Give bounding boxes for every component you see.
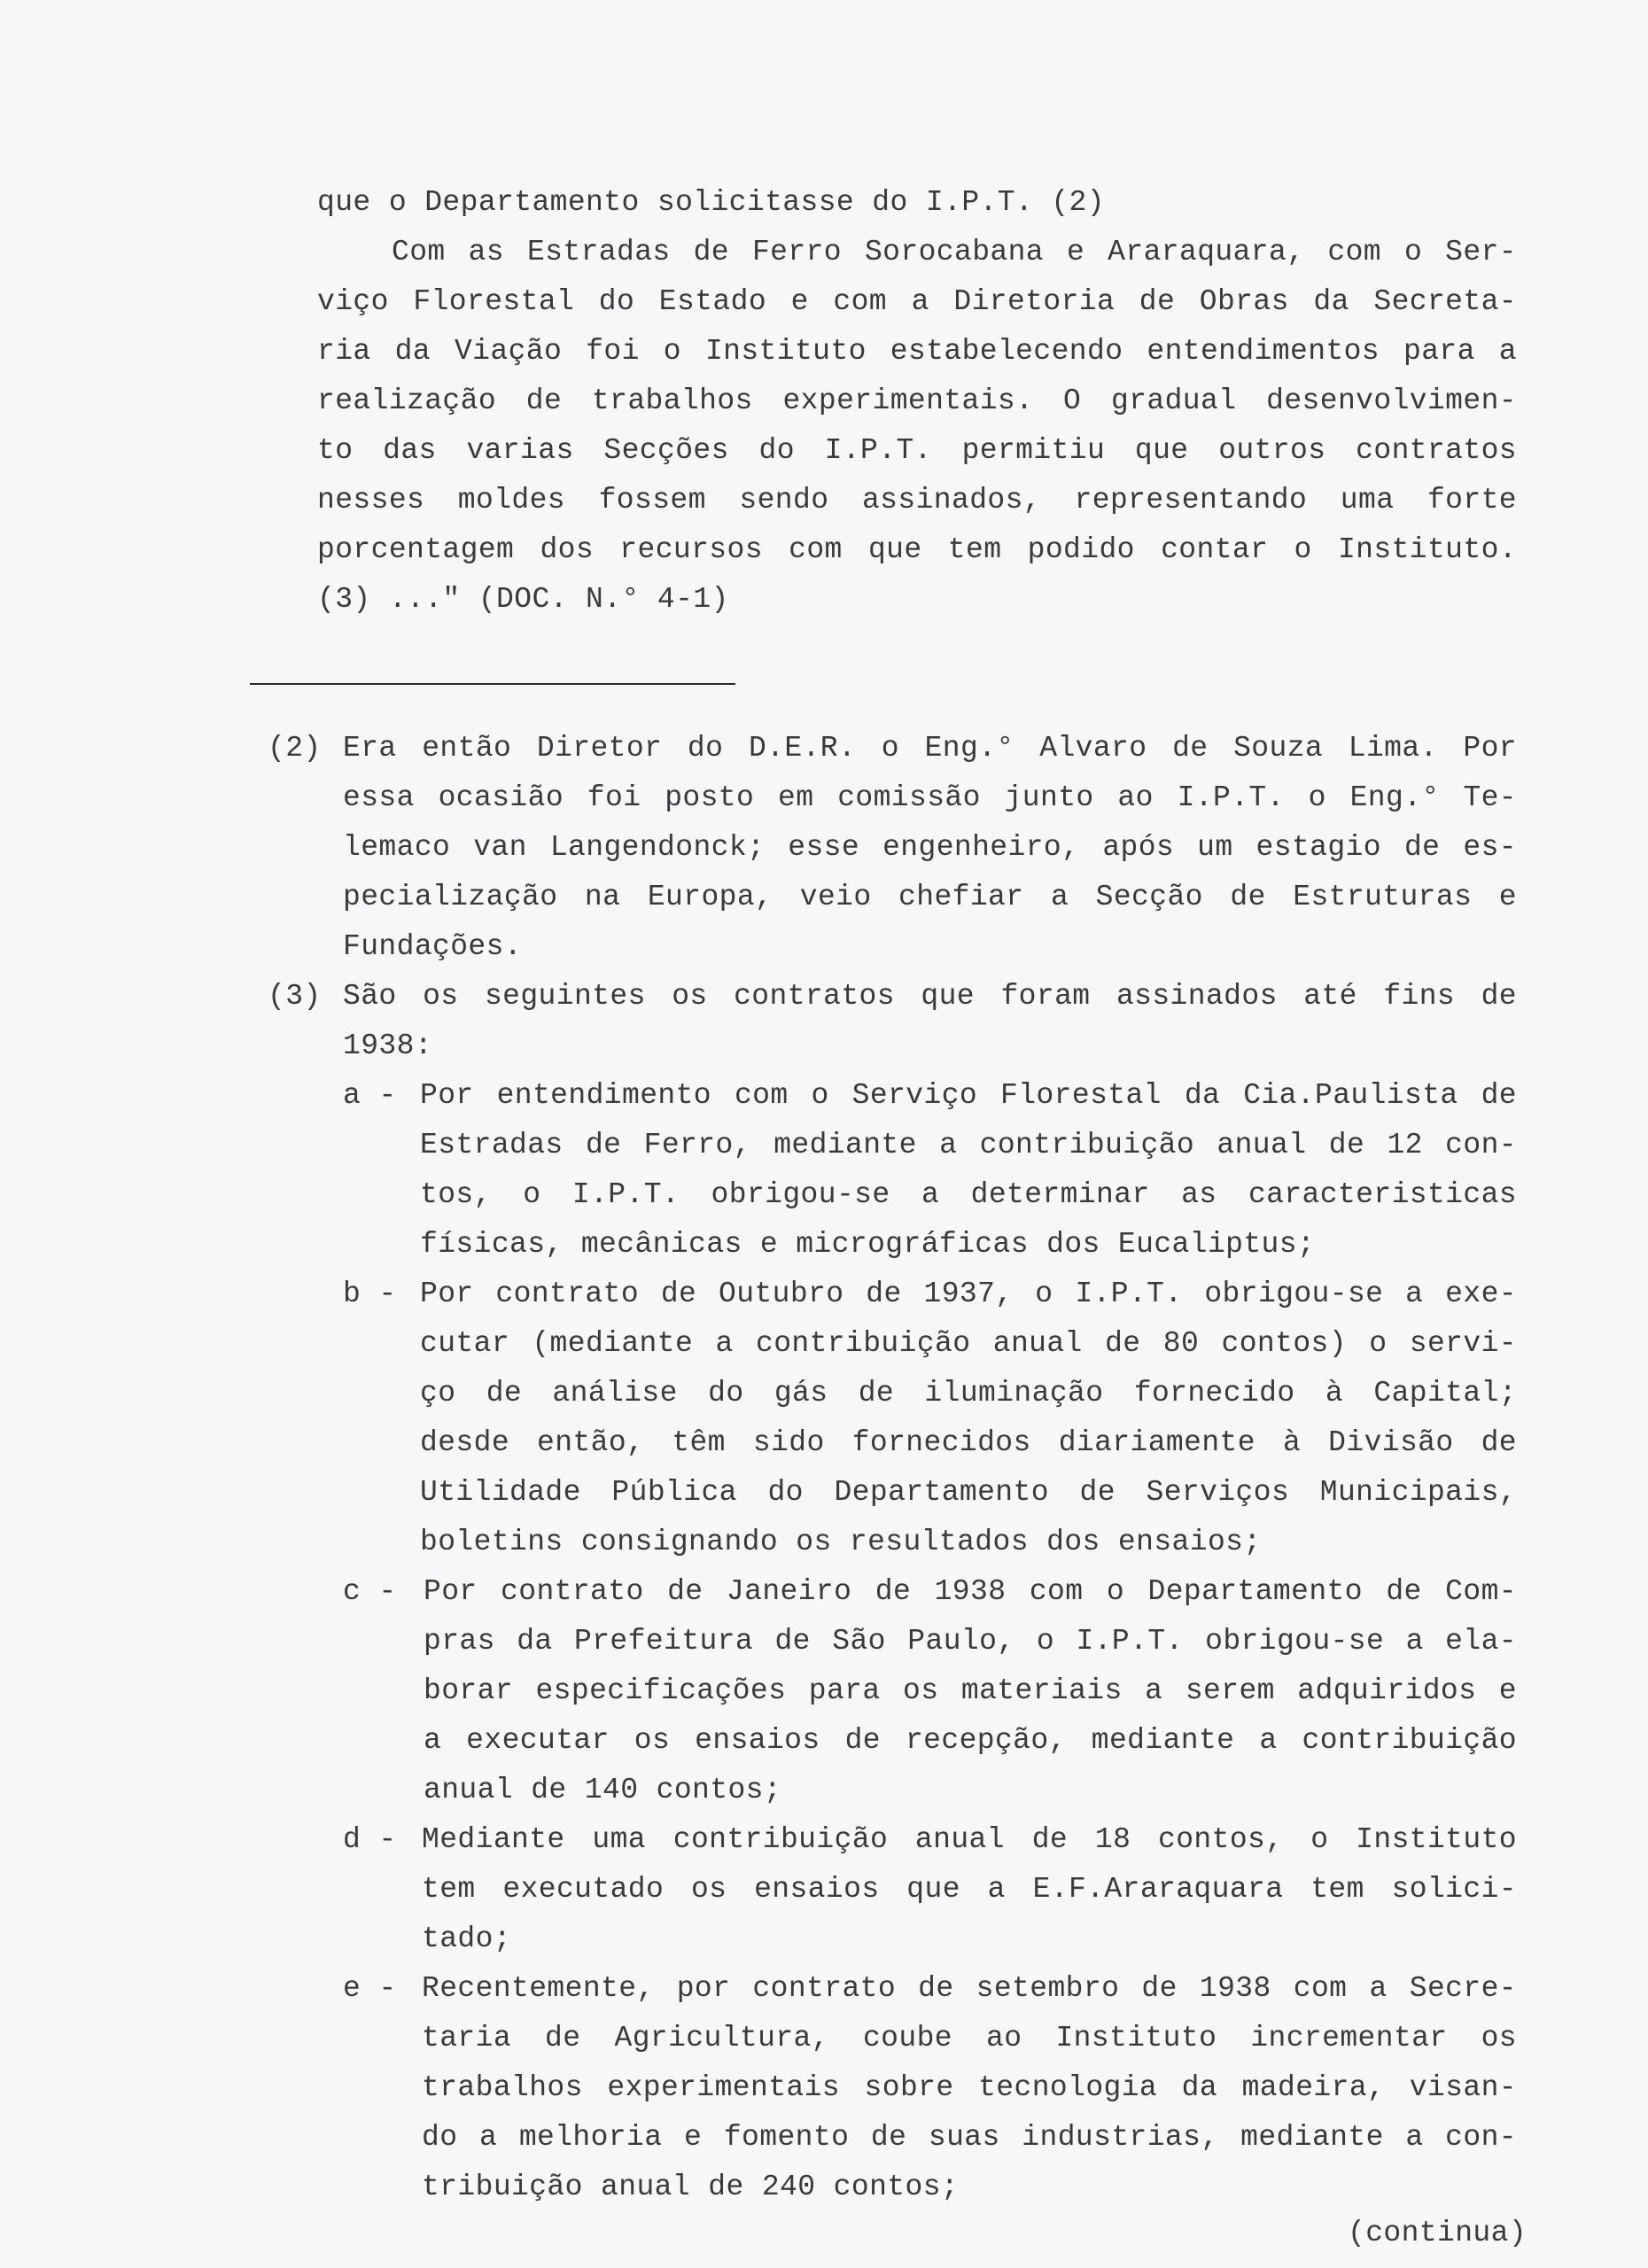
list-item-line: Por contrato de Outubro de 1937, o I.P.T… (420, 1277, 1517, 1312)
footnote-marker: (3) (268, 979, 322, 1014)
continuation-note: (continua) (1348, 2216, 1527, 2251)
list-item-line: cutar (mediante a contribuição anual de … (420, 1326, 1517, 1362)
body-line: viço Florestal do Estado e com a Diretor… (317, 284, 1517, 320)
body-line: realização de trabalhos experimentais. O… (317, 384, 1517, 419)
list-item-line: borar especificações para os materiais a… (424, 1674, 1517, 1709)
footnote-line: Era então Diretor do D.E.R. o Eng.° Alva… (343, 731, 1517, 766)
list-item-line: Estradas de Ferro, mediante a contribuiç… (420, 1128, 1517, 1163)
document-page: que o Departamento solicitasse do I.P.T.… (0, 0, 1648, 2268)
body-line: ria da Viação foi o Instituto estabelece… (317, 334, 1517, 369)
list-item-line: anual de 140 contos; (424, 1773, 781, 1808)
list-item-line: físicas, mecânicas e micrográficas dos E… (420, 1227, 1315, 1262)
list-item-line: taria de Agricultura, coube ao Instituto… (422, 2021, 1517, 2056)
body-line: porcentagem dos recursos com que tem pod… (317, 532, 1517, 568)
list-item-line: a executar os ensaios de recepção, media… (424, 1723, 1517, 1759)
list-item-marker: d - (343, 1822, 397, 1858)
list-item-line: Por contrato de Janeiro de 1938 com o De… (424, 1574, 1517, 1610)
body-line: to das varias Secções do I.P.T. permitiu… (317, 433, 1517, 469)
footnote-line: lemaco van Langendonck; esse engenheiro,… (343, 830, 1517, 866)
list-item-line: pras da Prefeitura de São Paulo, o I.P.T… (424, 1624, 1517, 1659)
body-line: nesses moldes fossem sendo assinados, re… (317, 483, 1517, 518)
list-item-line: tos, o I.P.T. obrigou-se a determinar as… (420, 1177, 1517, 1213)
footnote-separator (250, 683, 735, 685)
list-item-marker: a - (343, 1078, 397, 1114)
list-item-line: Utilidade Pública do Departamento de Ser… (420, 1475, 1517, 1511)
body-line: que o Departamento solicitasse do I.P.T.… (317, 185, 1105, 221)
body-line: Com as Estradas de Ferro Sorocabana e Ar… (392, 235, 1517, 270)
list-item-line: tado; (422, 1922, 511, 1957)
list-item-line: Mediante uma contribuição anual de 18 co… (422, 1822, 1517, 1858)
footnote-line: Fundações. (343, 929, 522, 965)
footnote-line: São os seguintes os contratos que foram … (343, 979, 1517, 1014)
list-item-line: ço de análise do gás de iluminação forne… (420, 1376, 1517, 1411)
list-item-marker: c - (343, 1574, 397, 1610)
footnote-marker: (2) (268, 731, 322, 766)
list-item-line: trabalhos experimentais sobre tecnologia… (422, 2070, 1517, 2106)
list-item-line: Recentemente, por contrato de setembro d… (422, 1971, 1517, 2007)
list-item-marker: b - (343, 1277, 397, 1312)
list-item-line: tem executado os ensaios que a E.F.Arara… (422, 1872, 1517, 1907)
list-item-line: do a melhoria e fomento de suas industri… (422, 2120, 1517, 2155)
list-item-marker: e - (343, 1971, 397, 2007)
list-item-line: desde então, têm sido fornecidos diariam… (420, 1425, 1517, 1461)
list-item-line: boletins consignando os resultados dos e… (420, 1525, 1262, 1560)
footnote-line: 1938: (343, 1029, 432, 1064)
body-line: (3) ..." (DOC. N.° 4-1) (317, 582, 729, 617)
list-item-line: tribuição anual de 240 contos; (422, 2170, 959, 2205)
footnote-line: essa ocasião foi posto em comissão junto… (343, 781, 1517, 816)
footnote-line: pecialização na Europa, veio chefiar a S… (343, 880, 1517, 915)
list-item-line: Por entendimento com o Serviço Florestal… (420, 1078, 1517, 1114)
